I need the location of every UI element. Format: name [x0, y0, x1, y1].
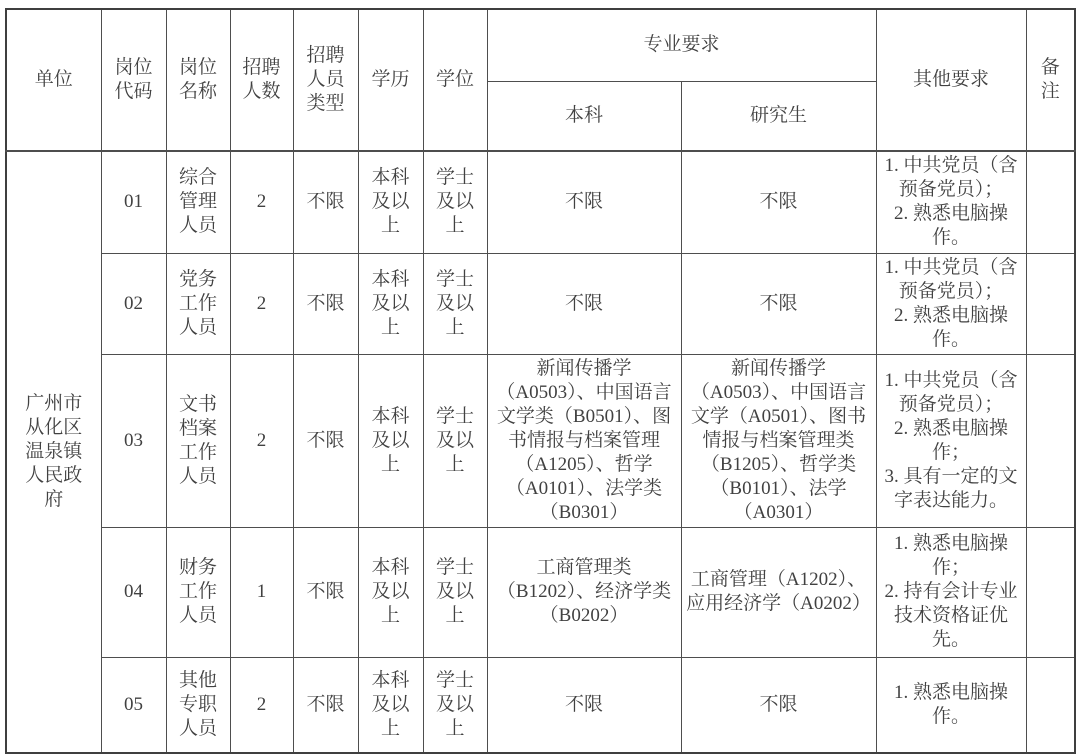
degree-text: 学士及以上 [434, 556, 475, 628]
cell-degree: 学士及以上 [423, 527, 487, 657]
cell-remark [1026, 354, 1075, 527]
cell-post-name: 党务工作人员 [166, 253, 230, 354]
recruitment-table: 单位 岗位代码 岗位名称 招聘人数 招聘人员类型 学历 学位 专业要求 其他要求… [5, 8, 1076, 754]
cell-undergraduate-major: 不限 [487, 151, 681, 253]
education-text: 本科及以上 [370, 556, 411, 628]
cell-recruit-count: 1 [230, 527, 293, 657]
cell-post-name: 财务工作人员 [166, 527, 230, 657]
degree-text: 学士及以上 [434, 268, 475, 340]
cell-remark [1026, 527, 1075, 657]
header-undergraduate: 本科 [487, 81, 681, 151]
post-name-text: 党务工作人员 [177, 268, 218, 340]
header-degree-label: 学位 [436, 69, 474, 90]
cell-undergraduate-major: 不限 [487, 253, 681, 354]
cell-recruit-count: 2 [230, 151, 293, 253]
unit-name: 广州市从化区温泉镇人民政府 [23, 392, 85, 512]
cell-other-req: 1. 中共党员（含预备党员）； 2. 熟悉电脑操作； 3. 具有一定的文字表达能… [876, 354, 1026, 527]
cell-education: 本科及以上 [358, 527, 423, 657]
post-name-text: 综合管理人员 [177, 166, 218, 238]
cell-post-code: 01 [101, 151, 166, 253]
cell-recruit-count: 2 [230, 354, 293, 527]
header-recruit-count: 招聘人数 [230, 9, 293, 151]
education-text: 本科及以上 [370, 669, 411, 741]
cell-education: 本科及以上 [358, 253, 423, 354]
header-undergraduate-label: 本科 [565, 105, 603, 126]
cell-education: 本科及以上 [358, 354, 423, 527]
cell-degree: 学士及以上 [423, 253, 487, 354]
header-other-req: 其他要求 [876, 9, 1026, 151]
cell-recruit-count: 2 [230, 253, 293, 354]
education-text: 本科及以上 [370, 166, 411, 238]
header-other-req-label: 其他要求 [913, 69, 989, 90]
cell-undergraduate-major: 不限 [487, 657, 681, 753]
cell-post-name: 其他专职人员 [166, 657, 230, 753]
cell-unit: 广州市从化区温泉镇人民政府 [6, 151, 101, 753]
cell-post-name: 文书档案工作人员 [166, 354, 230, 527]
header-recruit-type: 招聘人员类型 [293, 9, 358, 151]
header-recruit-count-label: 招聘人数 [241, 56, 282, 104]
header-post-code: 岗位代码 [101, 9, 166, 151]
cell-remark [1026, 253, 1075, 354]
table-row: 04 财务工作人员 1 不限 本科及以上 学士及以上 工商管理类（B1202）、… [6, 527, 1075, 657]
header-unit: 单位 [6, 9, 101, 151]
cell-education: 本科及以上 [358, 657, 423, 753]
cell-other-req: 1. 中共党员（含预备党员）； 2. 熟悉电脑操作。 [876, 253, 1026, 354]
header-graduate: 研究生 [681, 81, 876, 151]
degree-text: 学士及以上 [434, 669, 475, 741]
header-recruit-type-label: 招聘人员类型 [305, 44, 346, 116]
cell-degree: 学士及以上 [423, 354, 487, 527]
degree-text: 学士及以上 [434, 405, 475, 477]
table-row: 02 党务工作人员 2 不限 本科及以上 学士及以上 不限 不限 1. 中共党员… [6, 253, 1075, 354]
table-row: 03 文书档案工作人员 2 不限 本科及以上 学士及以上 新闻传播学（A0503… [6, 354, 1075, 527]
cell-graduate-major: 不限 [681, 657, 876, 753]
cell-post-code: 05 [101, 657, 166, 753]
degree-text: 学士及以上 [434, 166, 475, 238]
cell-education: 本科及以上 [358, 151, 423, 253]
header-post-name: 岗位名称 [166, 9, 230, 151]
cell-degree: 学士及以上 [423, 151, 487, 253]
cell-remark [1026, 151, 1075, 253]
header-unit-label: 单位 [35, 69, 73, 90]
header-post-name-label: 岗位名称 [177, 56, 218, 104]
post-name-text: 财务工作人员 [177, 556, 218, 628]
education-text: 本科及以上 [370, 268, 411, 340]
education-text: 本科及以上 [370, 405, 411, 477]
cell-recruit-type: 不限 [293, 354, 358, 527]
cell-post-code: 04 [101, 527, 166, 657]
header-degree: 学位 [423, 9, 487, 151]
cell-degree: 学士及以上 [423, 657, 487, 753]
cell-remark [1026, 657, 1075, 753]
table-row: 05 其他专职人员 2 不限 本科及以上 学士及以上 不限 不限 1. 熟悉电脑… [6, 657, 1075, 753]
recruitment-table-page: 单位 岗位代码 岗位名称 招聘人数 招聘人员类型 学历 学位 专业要求 其他要求… [0, 0, 1080, 749]
header-post-code-label: 岗位代码 [113, 56, 154, 104]
cell-other-req: 1. 熟悉电脑操作。 [876, 657, 1026, 753]
header-graduate-label: 研究生 [750, 105, 807, 126]
header-education: 学历 [358, 9, 423, 151]
cell-post-code: 03 [101, 354, 166, 527]
table-row: 广州市从化区温泉镇人民政府 01 综合管理人员 2 不限 本科及以上 学士及以上… [6, 151, 1075, 253]
cell-graduate-major: 新闻传播学（A0503）、中国语言文学（A0501）、图书情报与档案管理类（B1… [681, 354, 876, 527]
cell-graduate-major: 不限 [681, 253, 876, 354]
cell-recruit-type: 不限 [293, 151, 358, 253]
cell-recruit-type: 不限 [293, 253, 358, 354]
cell-recruit-count: 2 [230, 657, 293, 753]
cell-other-req: 1. 中共党员（含预备党员）； 2. 熟悉电脑操作。 [876, 151, 1026, 253]
header-remarks-label: 备注 [1039, 56, 1061, 104]
header-row-1: 单位 岗位代码 岗位名称 招聘人数 招聘人员类型 学历 学位 专业要求 其他要求… [6, 9, 1075, 81]
cell-undergraduate-major: 新闻传播学（A0503）、中国语言文学类（B0501）、图书情报与档案管理（A1… [487, 354, 681, 527]
cell-post-code: 02 [101, 253, 166, 354]
cell-other-req: 1. 熟悉电脑操作； 2. 持有会计专业技术资格证优先。 [876, 527, 1026, 657]
cell-graduate-major: 不限 [681, 151, 876, 253]
post-name-text: 其他专职人员 [177, 669, 218, 741]
header-major-req-label: 专业要求 [644, 34, 720, 55]
cell-undergraduate-major: 工商管理类（B1202）、经济学类（B0202） [487, 527, 681, 657]
header-remarks: 备注 [1026, 9, 1075, 151]
header-education-label: 学历 [371, 69, 409, 90]
header-major-req: 专业要求 [487, 9, 876, 81]
cell-graduate-major: 工商管理（A1202）、应用经济学（A0202） [681, 527, 876, 657]
post-name-text: 文书档案工作人员 [177, 393, 218, 489]
cell-post-name: 综合管理人员 [166, 151, 230, 253]
cell-recruit-type: 不限 [293, 657, 358, 753]
cell-recruit-type: 不限 [293, 527, 358, 657]
